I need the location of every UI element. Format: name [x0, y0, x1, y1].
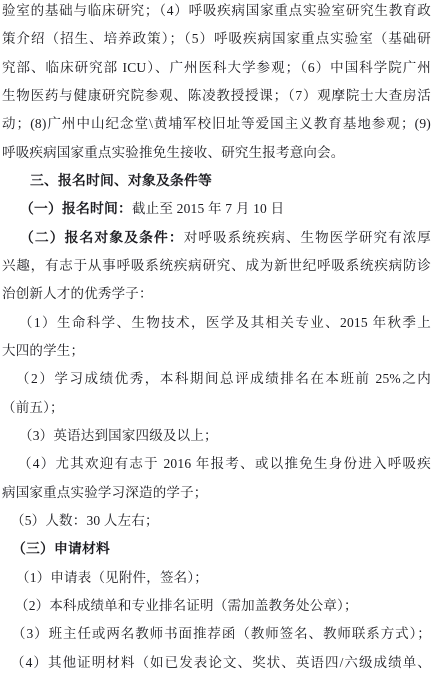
labeled-paragraph-line: （二）报名对象及条件：对呼吸系统疾病、生物医学研究有浓厚 [2, 224, 431, 252]
body-text-line: 究部、临床研究部 ICU）、广州医科大学参观；（6）中国科学院广州 [2, 54, 431, 82]
bold-text-segment: （二）报名对象及条件： [20, 230, 184, 245]
text-segment: （4）其他证明材料（如已发表论文、奖状、英语四/六级成绩单、 [11, 655, 431, 670]
numbered-item-line: （1）生命科学、生物技术，医学及其相关专业、2015 年秋季上 [2, 309, 431, 337]
text-segment: 兴趣，有志于从事呼吸系统疾病研究、成为新世纪呼吸系统疾病防诊 [2, 258, 431, 273]
text-segment: 动；(8)广州中山纪念堂\黄埔军校旧址等爱国主义教育基地参观；(9) [2, 116, 431, 131]
text-segment: （2）学习成绩优秀，本科期间总评成绩排名在本班前 25%之内 [16, 371, 431, 386]
numbered-item-line: （2）学习成绩优秀，本科期间总评成绩排名在本班前 25%之内 [2, 365, 431, 393]
text-segment: 验室的基础与临床研究；（4）呼吸疾病国家重点实验室研究生教育政 [2, 3, 431, 18]
bold-text-segment: （一）报名时间： [20, 201, 132, 216]
body-text-line: 动；(8)广州中山纪念堂\黄埔军校旧址等爱国主义教育基地参观；(9) [2, 110, 431, 138]
text-segment: （3）班主任或两名教师书面推荐函（教师签名、教师联系方式）； [12, 626, 431, 641]
body-text-line: 治创新人才的优秀学子： [2, 280, 431, 308]
body-text-line: （前五）； [2, 394, 431, 422]
section-heading: 三、报名时间、对象及条件等 [2, 167, 431, 195]
numbered-item-line: （3）班主任或两名教师书面推荐函（教师签名、教师联系方式）； [2, 620, 431, 648]
section-heading: （三）申请材料 [2, 535, 431, 563]
text-segment: （前五）； [2, 400, 64, 415]
text-segment: （1）生命科学、生物技术，医学及其相关专业、2015 年秋季上 [19, 315, 431, 330]
text-segment: 病国家重点实验学习深造的学子； [2, 485, 208, 500]
body-text-line: 生物医药与健康研究院参观、陈凌教授授课；（7）观摩院士大查房活 [2, 82, 431, 110]
body-text-line: 呼吸疾病国家重点实验推免生接收、研究生报考意向会。 [2, 139, 431, 167]
text-segment: 究部、临床研究部 ICU）、广州医科大学参观；（6）中国科学院广州 [2, 60, 431, 75]
numbered-item-line: （2）本科成绩单和专业排名证明（需加盖教务处公章）； [2, 592, 431, 620]
text-segment: 对呼吸系统疾病、生物医学研究有浓厚 [184, 230, 431, 245]
body-text-line: 验室的基础与临床研究；（4）呼吸疾病国家重点实验室研究生教育政 [2, 0, 431, 25]
document-page: 验室的基础与临床研究；（4）呼吸疾病国家重点实验室研究生教育政策介绍（招生、培养… [0, 0, 433, 677]
text-segment: （5）人数：30 人左右； [11, 513, 159, 528]
numbered-item-line: （4）其他证明材料（如已发表论文、奖状、英语四/六级成绩单、 [2, 649, 431, 677]
body-text-line: 大四的学生； [2, 337, 431, 365]
text-segment: （4）尤其欢迎有志于 2016 年报考、或以推免生身份进入呼吸疾 [18, 456, 431, 471]
numbered-item-line: （4）尤其欢迎有志于 2016 年报考、或以推免生身份进入呼吸疾 [2, 450, 431, 478]
body-text-line: 兴趣，有志于从事呼吸系统疾病研究、成为新世纪呼吸系统疾病防诊 [2, 252, 431, 280]
text-segment: 治创新人才的优秀学子： [2, 286, 153, 301]
text-segment: 截止至 2015 年 7 月 10 日 [132, 201, 284, 216]
text-segment: 策介绍（招生、培养政策）；（5）呼吸疾病国家重点实验室（基础研 [2, 31, 431, 46]
text-segment: （3）英语达到国家四级及以上； [19, 428, 218, 443]
body-text-line: 策介绍（招生、培养政策）；（5）呼吸疾病国家重点实验室（基础研 [2, 25, 431, 53]
text-segment: 呼吸疾病国家重点实验推免生接收、研究生报考意向会。 [2, 145, 345, 160]
numbered-item-line: （3）英语达到国家四级及以上； [2, 422, 431, 450]
text-segment: 生物医药与健康研究院参观、陈凌教授授课；（7）观摩院士大查房活 [2, 88, 431, 103]
text-segment: （1）申请表（见附件，签名）； [16, 570, 208, 585]
labeled-paragraph-line: （一）报名时间：截止至 2015 年 7 月 10 日 [2, 195, 431, 223]
text-segment: 大四的学生； [2, 343, 84, 358]
body-text-line: 病国家重点实验学习深造的学子； [2, 479, 431, 507]
numbered-item-line: （5）人数：30 人左右； [2, 507, 431, 535]
bold-text-segment: （三）申请材料 [12, 541, 110, 556]
text-segment: （2）本科成绩单和专业排名证明（需加盖教务处公章）； [15, 598, 358, 613]
bold-text-segment: 三、报名时间、对象及条件等 [30, 173, 212, 188]
numbered-item-line: （1）申请表（见附件，签名）； [2, 564, 431, 592]
